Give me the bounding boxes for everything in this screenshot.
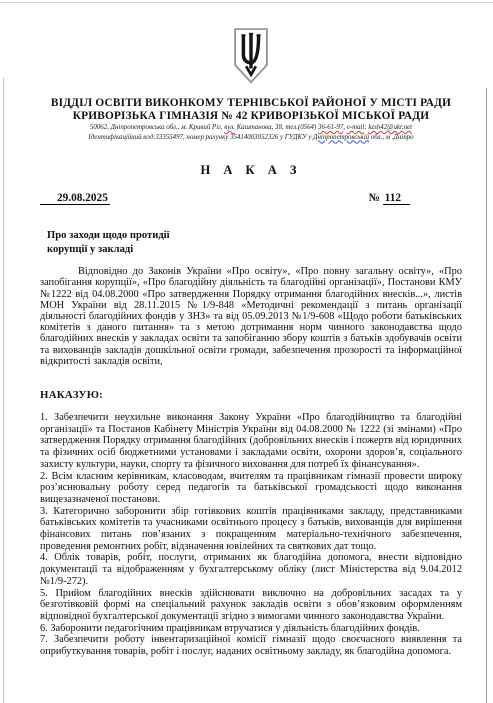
order-item-6: 6. Заборонити педагогічним працівникам в… — [40, 623, 462, 635]
order-item-4: 4. Облік товарів, робіт, послуги, отрима… — [40, 552, 462, 587]
order-number-prefix: № — [368, 192, 379, 204]
org-name-line-2: КРИВОРІЗЬКА ГІМНАЗІЯ № 42 КРИВОРІЗЬКОЇ М… — [40, 110, 462, 123]
order-date: 29.08.2025 — [40, 192, 110, 205]
region-name-grammar-marked: Дніпропетровській — [313, 134, 369, 141]
order-number-value: 112 — [383, 192, 410, 205]
org-name-line-1: ВІДДІЛ ОСВІТИ ВИКОНКОМУ ТЕРНІВСЬКОЇ РАЙО… — [40, 97, 462, 110]
order-number: № 112 — [368, 192, 410, 204]
order-items-list: 1. Забезпечити неухильне виконання Закон… — [40, 412, 462, 658]
order-item-7: 7. Забезпечити роботу інвентаризаційної … — [40, 634, 462, 657]
order-item-1: 1. Забезпечити неухильне виконання Закон… — [40, 412, 462, 471]
org-address-line-1: 50062, Дніпропетровська обл., м. Кривий … — [40, 124, 462, 133]
organization-name: ВІДДІЛ ОСВІТИ ВИКОНКОМУ ТЕРНІВСЬКОЇ РАЙО… — [40, 97, 462, 123]
ukraine-trident-emblem-icon — [228, 72, 274, 89]
scan-edge-left — [3, 78, 4, 703]
org-address-line-2: Ідентифікаційний код:33355497, номер рах… — [40, 134, 462, 143]
address-text: Ідентифікаційний код:33355497, номер рах… — [88, 134, 313, 141]
email-address-misspelled: kzsh42@ukr.net — [368, 124, 412, 131]
order-heading: Н А К А З — [40, 163, 462, 178]
subject-line-2: корупції у закладі — [47, 243, 462, 257]
order-item-3: 3. Категорично заборонити збір готівкови… — [40, 506, 462, 553]
scan-edge-top — [0, 2, 493, 3]
scan-edge-right — [486, 88, 487, 703]
order-subject: Про заходи щодо протидії корупції у закл… — [47, 229, 462, 256]
document-content: ВІДДІЛ ОСВІТИ ВИКОНКОМУ ТЕРНІВСЬКОЇ РАЙО… — [0, 0, 493, 658]
phone-number-misspelled: 36-61-97 — [318, 124, 343, 131]
order-item-5: 5. Прийом благодійних внесків здійснюват… — [40, 588, 462, 623]
date-and-number-row: 29.08.2025 № 112 — [40, 192, 462, 205]
subject-line-1: Про заходи щодо протидії — [47, 229, 462, 243]
scanned-order-document: ВІДДІЛ ОСВІТИ ВИКОНКОМУ ТЕРНІВСЬКОЇ РАЙО… — [0, 0, 493, 703]
address-text: Каштанова, 38, тел.(0564) — [235, 124, 318, 131]
resolve-keyword: НАКАЗУЮ: — [40, 389, 462, 401]
address-text: 50062, Дніпропетровська обл., м. Кривий … — [90, 124, 224, 131]
order-item-2: 2. Всім класним керівникам, класоводам, … — [40, 471, 462, 506]
emblem-container — [40, 27, 462, 90]
preamble-paragraph: Відповідно до Законів України «Про освіт… — [40, 266, 462, 367]
address-text: обл., м .Дніпро — [369, 134, 413, 141]
address-text-misspelled: вул. — [224, 124, 235, 131]
email-label-misspelled: e-mail — [347, 124, 365, 131]
